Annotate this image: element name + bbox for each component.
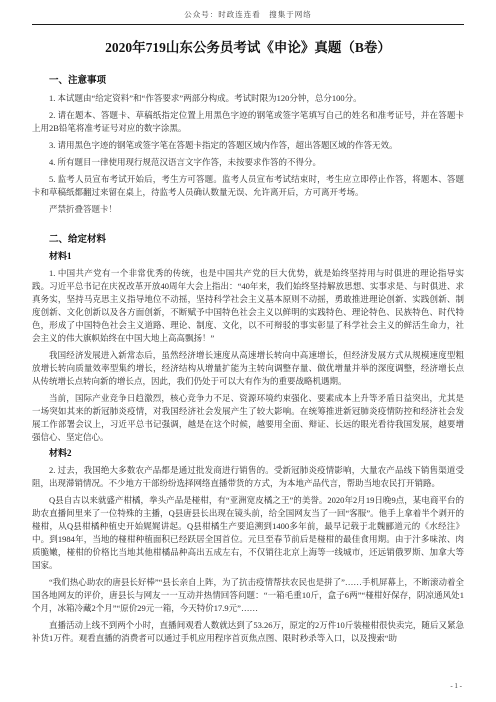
- material-2-paragraph: “我们热心助农的唐县长好棒”“县长亲自上阵，为了抗击疫情帮扶农民也是拼了”……手…: [32, 576, 464, 615]
- page-footer: - 1 -: [450, 682, 462, 690]
- material-2-paragraph: 2. 过去，我国绝大多数农产品都是通过批发商进行销售的。受新冠肺炎疫情影响，大量…: [32, 464, 464, 490]
- notice-item-5: 5. 监考人员宣布考试开始后，考生方可答题。监考人员宣布考试结束时，考生应立即停…: [32, 173, 464, 199]
- notice-item-1: 1. 本试题由“给定资料”和“作答要求”两部分构成。考试时限为120分钟，总分1…: [32, 92, 464, 105]
- notice-item-2: 2. 请在题本、答题卡、草稿纸指定位置上用黑色字迹的钢笔或签字笔填写自己的姓名和…: [32, 109, 464, 135]
- notice-section: 一、注意事项 1. 本试题由“给定资料”和“作答要求”两部分构成。考试时限为12…: [32, 75, 464, 216]
- notice-heading: 一、注意事项: [32, 75, 464, 88]
- notice-item-4: 4. 所有题目一律使用现行规范汉语言文字作答，未按要求作答的不得分。: [32, 156, 464, 169]
- material-1-paragraph: 1. 中国共产党有一个非常优秀的传统，也是中国共产党的巨大优势，就是始终坚持用与…: [32, 267, 464, 345]
- materials-heading: 二、给定材料: [32, 234, 464, 247]
- material-2-paragraph: 直播活动上线不到两个小时，直播间观看人数就达到了53.26万，原定的2万件10斤…: [32, 619, 464, 645]
- material-2-label: 材料2: [32, 447, 464, 460]
- header-divider: [32, 24, 464, 25]
- material-1-paragraph: 我国经济发展进入新常态后，虽然经济增长速度从高速增长转向中高速增长，但经济发展方…: [32, 349, 464, 388]
- page-number: - 1 -: [450, 682, 462, 690]
- material-2-paragraph: Q县自古以来就盛产柑橘，拳头产品是椪柑，有“亚洲宽皮橘之王”的美誉。2020年2…: [32, 494, 464, 572]
- notice-item-3: 3. 请用黑色字迹的钢笔或签字笔在答题卡指定的答题区域内作答，超出答题区域的作答…: [32, 139, 464, 152]
- notice-warning: 严禁折叠答题卡！: [32, 203, 464, 216]
- header-source-text: 公众号：时政连连看 搜集于网络: [184, 10, 312, 19]
- document-page: 公众号：时政连连看 搜集于网络 2020年719山东公务员考试《申论》真题（B卷…: [0, 0, 496, 702]
- material-1-paragraph: 当前，国际产业竞争日趋激烈，核心竞争力不足、资源环境约束强化、要素成本上升等矛盾…: [32, 392, 464, 444]
- page-title: 2020年719山东公务员考试《申论》真题（B卷）: [32, 39, 464, 57]
- page-header: 公众号：时政连连看 搜集于网络: [32, 10, 464, 20]
- materials-section: 二、给定材料 材料1 1. 中国共产党有一个非常优秀的传统，也是中国共产党的巨大…: [32, 234, 464, 645]
- material-1-label: 材料1: [32, 250, 464, 263]
